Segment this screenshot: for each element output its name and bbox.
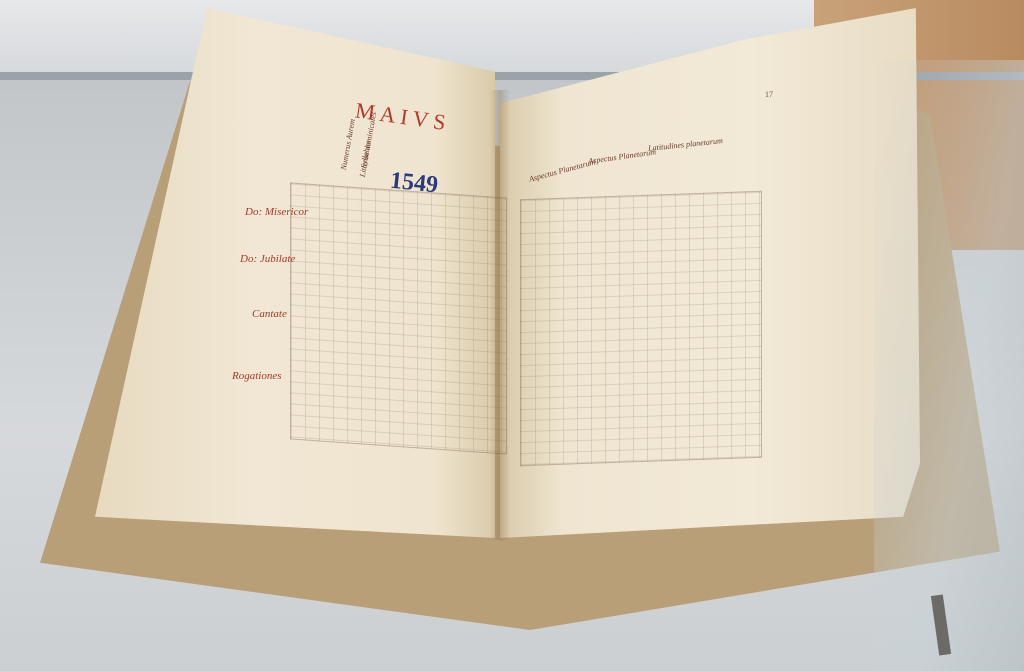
feast-label: Do: Jubilate [240, 253, 295, 265]
glass-reflection [874, 60, 1024, 671]
feast-label: Rogationes [232, 370, 282, 382]
calendar-table-left [290, 182, 507, 454]
feast-label: Cantate [252, 308, 287, 320]
planetary-table-right [520, 191, 762, 466]
page-number: 17 [765, 90, 773, 99]
